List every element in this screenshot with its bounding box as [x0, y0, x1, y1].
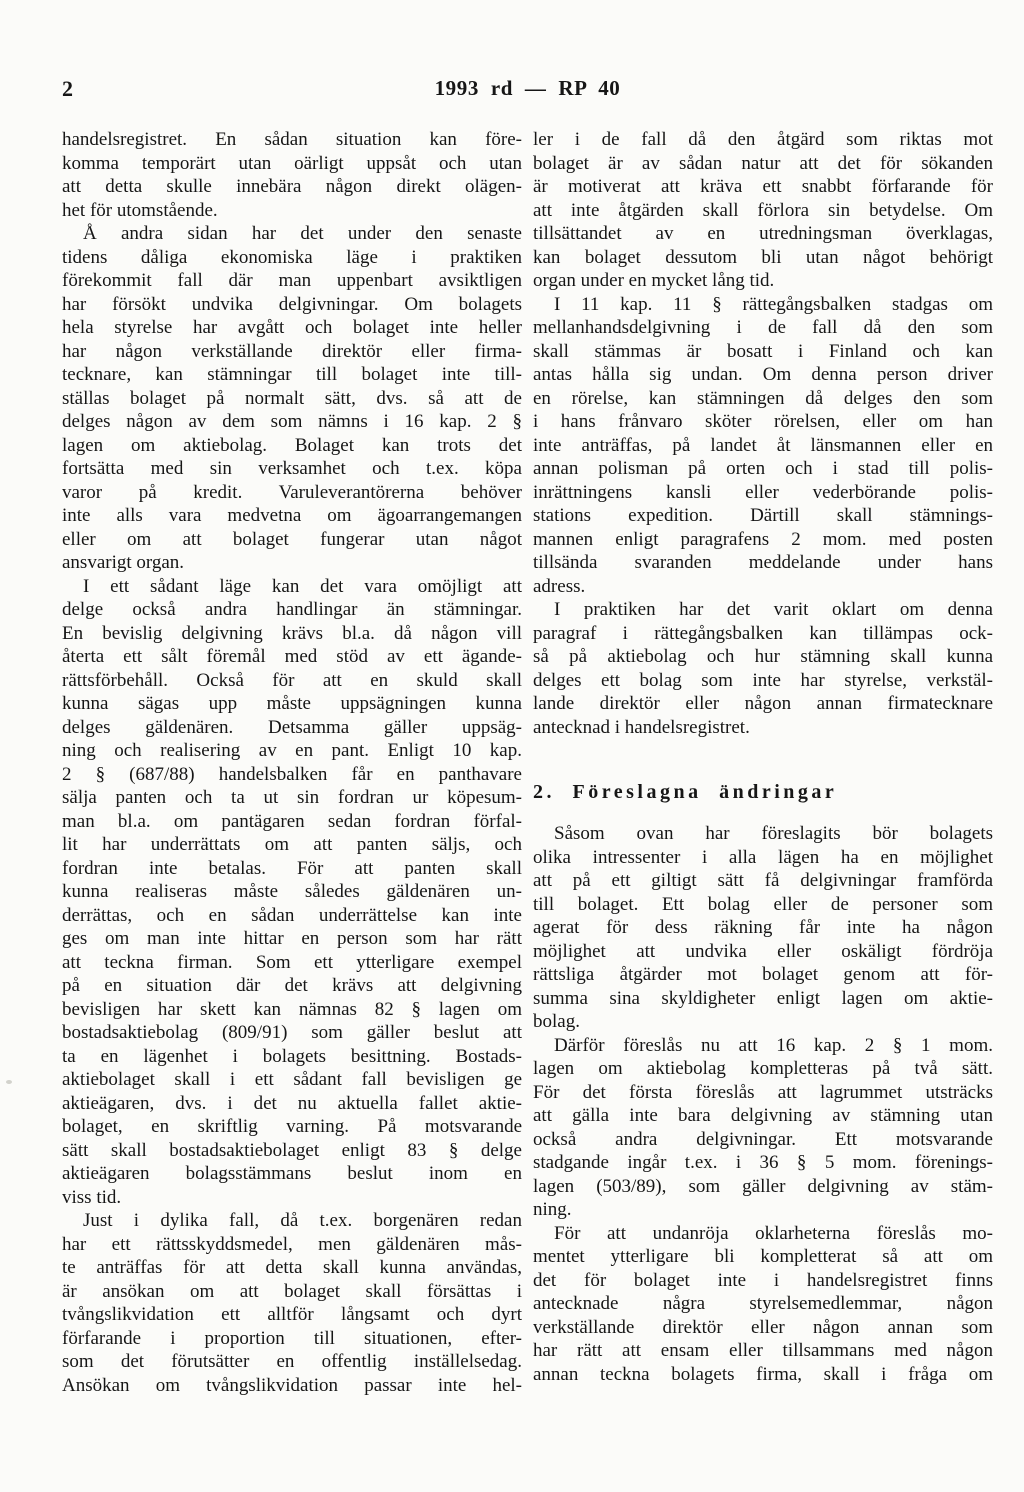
text-line: bevisligen har skett kan nämnas 82 § lag…: [62, 998, 522, 1022]
text-line: kan bolaget dessutom bli utan något behö…: [533, 246, 993, 270]
text-line: har någon verkställande direktör eller f…: [62, 340, 522, 364]
text-line: har försökt undvika delgivningar. Om bol…: [62, 293, 522, 317]
text-line: man bl.a. om pantägaren sedan fordran fö…: [62, 810, 522, 834]
text-line: aktieägaren bolagsstämmans beslut inom e…: [62, 1162, 522, 1186]
text-line: kunna sägas upp måste uppsägningen kunna: [62, 692, 522, 716]
text-line: fortsätta med sin verksamhet och t.ex. k…: [62, 457, 522, 481]
text-line: som det förutsätter en offentlig inställ…: [62, 1350, 522, 1374]
text-line: att inte åtgärden skall förlora sin bety…: [533, 199, 993, 223]
text-line: organ under en mycket lång tid.: [533, 269, 993, 293]
text-line: är ansökan om att bolaget skall försätta…: [62, 1280, 522, 1304]
text-line: antecknad i handelsregistret.: [533, 716, 993, 740]
text-line: att gälla inte bara delgivning av stämni…: [533, 1104, 993, 1128]
text-line: summa sina skyldigheter enligt lagen om …: [533, 987, 993, 1011]
text-line: skall stämmas är bosatt i Finland och ka…: [533, 340, 993, 364]
text-line: adress.: [533, 575, 993, 599]
paragraph: I praktiken har det varit oklart om denn…: [533, 598, 993, 739]
paragraph: Därför föreslås nu att 16 kap. 2 § 1 mom…: [533, 1034, 993, 1222]
text-line: sätt skall bostadsaktiebolaget enligt 83…: [62, 1139, 522, 1163]
text-line: fordran inte betalas. För att panten ska…: [62, 857, 522, 881]
text-line: ansvarigt organ.: [62, 551, 522, 575]
text-line: förekommit fall där man uppenbart avsikt…: [62, 269, 522, 293]
text-line: lagen (503/89), som gäller delgivning av…: [533, 1175, 993, 1199]
text-line: I praktiken har det varit oklart om denn…: [533, 598, 993, 622]
right-column: ler i de fall då den åtgärd som riktas m…: [533, 128, 993, 1397]
text-line: paragraf i rättegångsbalken kan tillämpa…: [533, 622, 993, 646]
text-line: lagen om aktiebolag. Bolaget kan trots d…: [62, 434, 522, 458]
text-line: te anträffas för att detta skall kunna a…: [62, 1256, 522, 1280]
text-line: en rörelse, kan stämningen då delges den…: [533, 387, 993, 411]
text-line: För det första föreslås att lagrummet ut…: [533, 1081, 993, 1105]
paragraph: I ett sådant läge kan det vara omöjligt …: [62, 575, 522, 1210]
text-line: delges någon av dem som nämns i 16 kap. …: [62, 410, 522, 434]
text-line: Därför föreslås nu att 16 kap. 2 § 1 mom…: [533, 1034, 993, 1058]
text-line: verkställande direktör eller någon annan…: [533, 1316, 993, 1340]
text-line: bostadsaktiebolag (809/91) som gäller be…: [62, 1021, 522, 1045]
text-line: i hans frånvaro sköter rörelsen, eller o…: [533, 410, 993, 434]
text-line: återta ett sålt föremål med stöd av ett …: [62, 645, 522, 669]
text-line: eller om att bolaget fungerar utan något: [62, 528, 522, 552]
text-line: sälja panten och ta ut sin fordran ur kö…: [62, 786, 522, 810]
text-line: För att undanröja oklarheterna föreslås …: [533, 1222, 993, 1246]
text-line: har rätt att ensam eller tillsammans med…: [533, 1339, 993, 1363]
text-line: bolaget, en skriftlig varning. På motsva…: [62, 1115, 522, 1139]
text-line: viss tid.: [62, 1186, 522, 1210]
text-line: inte anträffas, på landet åt länsmannen …: [533, 434, 993, 458]
text-line: till bolaget. Ett bolag eller de persone…: [533, 893, 993, 917]
text-line: ning och realisering av en pant. Enligt …: [62, 739, 522, 763]
section-heading: 2. Föreslagna ändringar: [533, 780, 993, 804]
document-page: 2 1993 rd — RP 40 handelsregistret. En s…: [0, 0, 1024, 1492]
text-line: agerat för dess räkning får inte ha någo…: [533, 916, 993, 940]
text-line: stadgande ingår t.ex. i 36 § 5 mom. före…: [533, 1151, 993, 1175]
text-line: het för utomstående.: [62, 199, 522, 223]
text-line: En bevislig delgivning krävs bl.a. då nå…: [62, 622, 522, 646]
text-line: på en situation där det krävs att delgiv…: [62, 974, 522, 998]
text-line: delges ett bolag som inte har styrelse, …: [533, 669, 993, 693]
text-line: antas hålla sig undan. Om denna person d…: [533, 363, 993, 387]
text-line: ges om man inte hittar en person som har…: [62, 927, 522, 951]
text-line: delge också andra handlingar än stämning…: [62, 598, 522, 622]
text-line: mellanhandsdelgivning i de fall då den s…: [533, 316, 993, 340]
text-line: att på ett giltigt sätt få delgivningar …: [533, 869, 993, 893]
text-line: ställas bolaget på normalt sätt, dvs. så…: [62, 387, 522, 411]
text-line: annan polisman på orten och i stad till …: [533, 457, 993, 481]
text-line: inrättningens kansli eller vederbörande …: [533, 481, 993, 505]
text-line: ning.: [533, 1198, 993, 1222]
text-line: ler i de fall då den åtgärd som riktas m…: [533, 128, 993, 152]
text-line: mannen enligt paragrafens 2 mom. med pos…: [533, 528, 993, 552]
paragraph: I 11 kap. 11 § rättegångsbalken stadgas …: [533, 293, 993, 599]
text-line: I 11 kap. 11 § rättegångsbalken stadgas …: [533, 293, 993, 317]
text-line: också andra delgivningar. Ett motsvarand…: [533, 1128, 993, 1152]
text-line: komma temporärt utan oärligt uppsåt och …: [62, 152, 522, 176]
text-line: ta en lägenhet i bolagets besittning. Bo…: [62, 1045, 522, 1069]
paragraph: handelsregistret. En sådan situation kan…: [62, 128, 522, 222]
text-line: tecknare, kan stämningar till bolaget in…: [62, 363, 522, 387]
text-line: mentet ytterligare bli kompletterat så a…: [533, 1245, 993, 1269]
text-line: lit har underrättats om att panten säljs…: [62, 833, 522, 857]
text-line: tillsända svaranden meddelande under han…: [533, 551, 993, 575]
text-line: tillsättandet av en utredningsman överkl…: [533, 222, 993, 246]
header-title: 1993 rd — RP 40: [62, 76, 993, 101]
text-line: bolaget är av sådan natur att det för sö…: [533, 152, 993, 176]
text-line: är motiverat att kräva ett snabbt förfar…: [533, 175, 993, 199]
text-line: lagen om aktiebolag kompletteras på två …: [533, 1057, 993, 1081]
text-line: det för bolaget inte i handelsregistret …: [533, 1269, 993, 1293]
text-line: aktiebolaget skall i ett sådant fall bev…: [62, 1068, 522, 1092]
text-line: 2 § (687/88) handelsbalken får en pantha…: [62, 763, 522, 787]
text-line: Ansökan om tvångslikvidation passar inte…: [62, 1374, 522, 1398]
paragraph: ler i de fall då den åtgärd som riktas m…: [533, 128, 993, 293]
text-line: aktieägaren, dvs. i det nu aktuella fall…: [62, 1092, 522, 1116]
paragraph: Å andra sidan har det under den senastet…: [62, 222, 522, 575]
text-line: inte alls vara medvetna om ägoarrangeman…: [62, 504, 522, 528]
text-line: lande direktör eller någon annan firmate…: [533, 692, 993, 716]
text-line: kunna realiseras måste således gäldenäre…: [62, 880, 522, 904]
text-line: förfarande i proportion till situationen…: [62, 1327, 522, 1351]
text-columns: handelsregistret. En sådan situation kan…: [62, 128, 993, 1397]
paragraph: Såsom ovan har föreslagits bör bolagetso…: [533, 822, 993, 1034]
text-line: delges gäldenären. Detsamma gäller uppsä…: [62, 716, 522, 740]
text-line: så på aktiebolag och hur stämning skall …: [533, 645, 993, 669]
text-line: att detta skulle innebära någon direkt o…: [62, 175, 522, 199]
text-line: har ett rättsskyddsmedel, men gäldenären…: [62, 1233, 522, 1257]
text-line: I ett sådant läge kan det vara omöjligt …: [62, 575, 522, 599]
text-line: tidens dåliga ekonomiska läge i praktike…: [62, 246, 522, 270]
text-line: stations expedition. Därtill skall stämn…: [533, 504, 993, 528]
text-line: tvångslikvidation ett alltför långsamt o…: [62, 1303, 522, 1327]
text-line: Å andra sidan har det under den senaste: [62, 222, 522, 246]
text-line: derrättas, och en sådan underrättelse ka…: [62, 904, 522, 928]
text-line: varor på kredit. Varuleverantörerna behö…: [62, 481, 522, 505]
page-header: 2 1993 rd — RP 40: [62, 76, 993, 104]
text-line: annan teckna bolagets firma, skall i frå…: [533, 1363, 993, 1387]
scan-speck: [6, 1080, 12, 1084]
text-line: Just i dylika fall, då t.ex. borgenären …: [62, 1209, 522, 1233]
text-line: rättsförbehåll. Också för att en skuld s…: [62, 669, 522, 693]
text-line: rättsliga åtgärder mot bolaget genom att…: [533, 963, 993, 987]
paragraph: Just i dylika fall, då t.ex. borgenären …: [62, 1209, 522, 1397]
text-line: bolag.: [533, 1010, 993, 1034]
text-line: olika intressenter i alla lägen ha en mö…: [533, 846, 993, 870]
text-line: handelsregistret. En sådan situation kan…: [62, 128, 522, 152]
text-line: Såsom ovan har föreslagits bör bolagets: [533, 822, 993, 846]
left-column: handelsregistret. En sådan situation kan…: [62, 128, 522, 1397]
text-line: möjlighet att undvika eller oskäligt för…: [533, 940, 993, 964]
text-line: att teckna firman. Som ett ytterligare e…: [62, 951, 522, 975]
paragraph: För att undanröja oklarheterna föreslås …: [533, 1222, 993, 1387]
text-line: hela styrelse har avgått och bolaget int…: [62, 316, 522, 340]
text-line: antecknade några styrelsemedlemmar, någo…: [533, 1292, 993, 1316]
